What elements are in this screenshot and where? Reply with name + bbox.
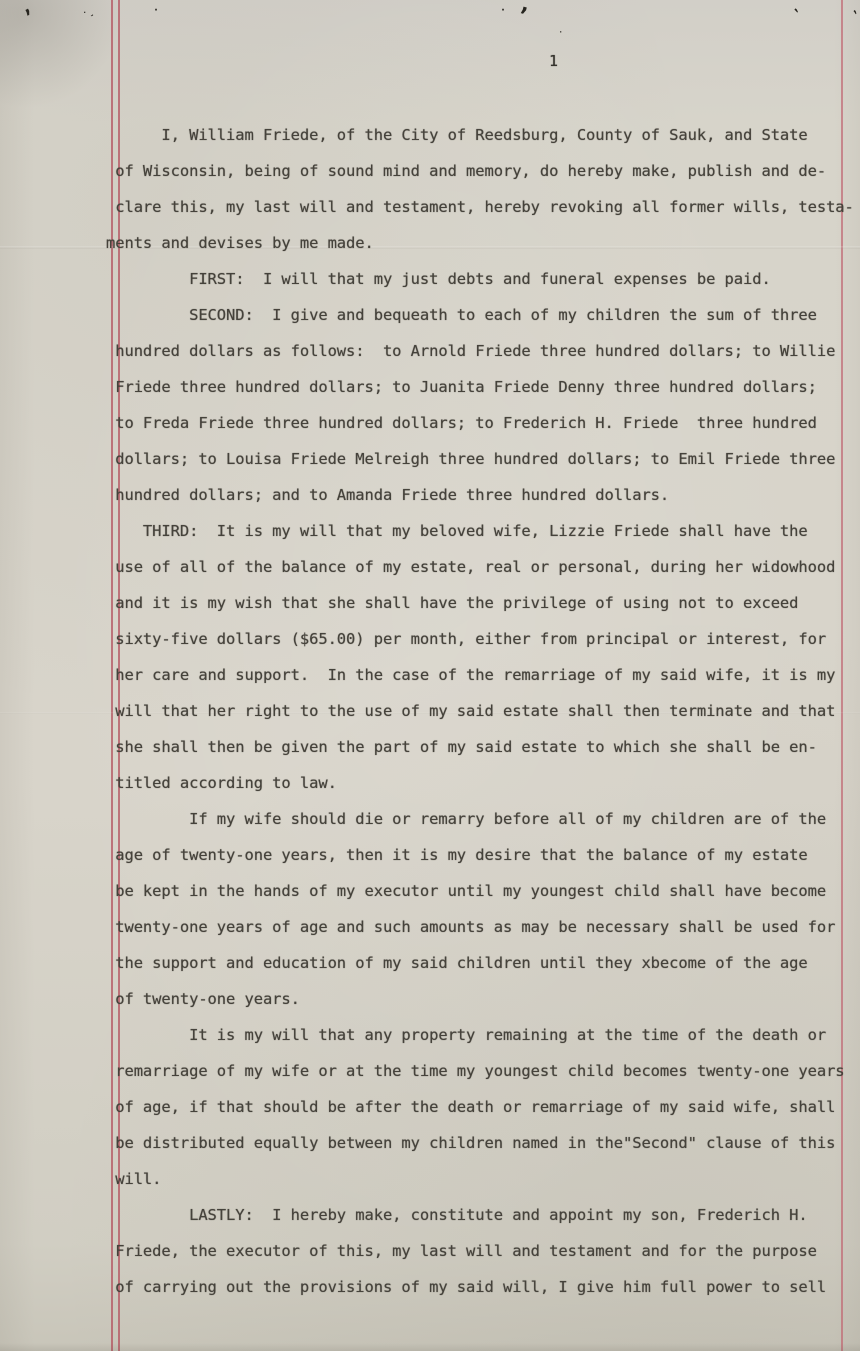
- text-line: hundred dollars as follows: to Arnold Fr…: [106, 333, 860, 369]
- text-line: Friede, the executor of this, my last wi…: [106, 1233, 860, 1269]
- text-line: sixty-five dollars ($65.00) per month, e…: [106, 621, 860, 657]
- ink-mark: ·: [500, 6, 506, 16]
- ink-mark: ,: [785, 1, 801, 16]
- text-line: of carrying out the provisions of my sai…: [106, 1269, 860, 1305]
- text-line: of twenty-one years.: [106, 981, 860, 1017]
- text-line: ments and devises by me made.: [106, 225, 860, 261]
- text-line: she shall then be given the part of my s…: [106, 729, 860, 765]
- text-line: her care and support. In the case of the…: [106, 657, 860, 693]
- text-line: FIRST: I will that my just debts and fun…: [106, 261, 860, 297]
- text-line: Friede three hundred dollars; to Juanita…: [106, 369, 860, 405]
- text-line: I, William Friede, of the City of Reedsb…: [106, 117, 860, 153]
- text-line: will that her right to the use of my sai…: [106, 693, 860, 729]
- scanned-will-page: , . , · · , · , , 1 I, William Friede, o…: [0, 0, 860, 1351]
- ink-mark: .: [82, 7, 87, 16]
- text-line: SECOND: I give and bequeath to each of m…: [106, 297, 860, 333]
- text-line: hundred dollars; and to Amanda Friede th…: [106, 477, 860, 513]
- text-line: twenty-one years of age and such amounts…: [106, 909, 860, 945]
- text-line: of age, if that should be after the deat…: [106, 1089, 860, 1125]
- text-line: of Wisconsin, being of sound mind and me…: [106, 153, 860, 189]
- text-line: dollars; to Louisa Friede Melreigh three…: [106, 441, 860, 477]
- text-line: titled according to law.: [106, 765, 860, 801]
- page-number: 1: [549, 52, 558, 70]
- text-line: remarriage of my wife or at the time my …: [106, 1053, 860, 1089]
- text-line: use of all of the balance of my estate, …: [106, 549, 860, 585]
- text-line: THIRD: It is my will that my beloved wif…: [106, 513, 860, 549]
- text-line: clare this, my last will and testament, …: [106, 189, 860, 225]
- ink-mark: ,: [16, 0, 35, 19]
- scan-edge-shadow: [0, 1343, 860, 1351]
- text-line: be distributed equally between my childr…: [106, 1125, 860, 1161]
- text-line: age of twenty-one years, then it is my d…: [106, 837, 860, 873]
- text-line: LASTLY: I hereby make, constitute and ap…: [106, 1197, 860, 1233]
- text-line: to Freda Friede three hundred dollars; t…: [106, 405, 860, 441]
- ink-mark: ,: [517, 0, 535, 17]
- text-line: and it is my wish that she shall have th…: [106, 585, 860, 621]
- text-line: be kept in the hands of my executor unti…: [106, 873, 860, 909]
- text-line: will.: [106, 1161, 860, 1197]
- text-line: If my wife should die or remarry before …: [106, 801, 860, 837]
- ink-mark: ·: [153, 6, 159, 16]
- ink-mark: ,: [846, 2, 860, 17]
- ink-mark: ·: [558, 29, 563, 38]
- text-line: It is my will that any property remainin…: [106, 1017, 860, 1053]
- ink-mark: ,: [89, 9, 98, 18]
- document-text: I, William Friede, of the City of Reedsb…: [106, 117, 860, 1305]
- text-line: the support and education of my said chi…: [106, 945, 860, 981]
